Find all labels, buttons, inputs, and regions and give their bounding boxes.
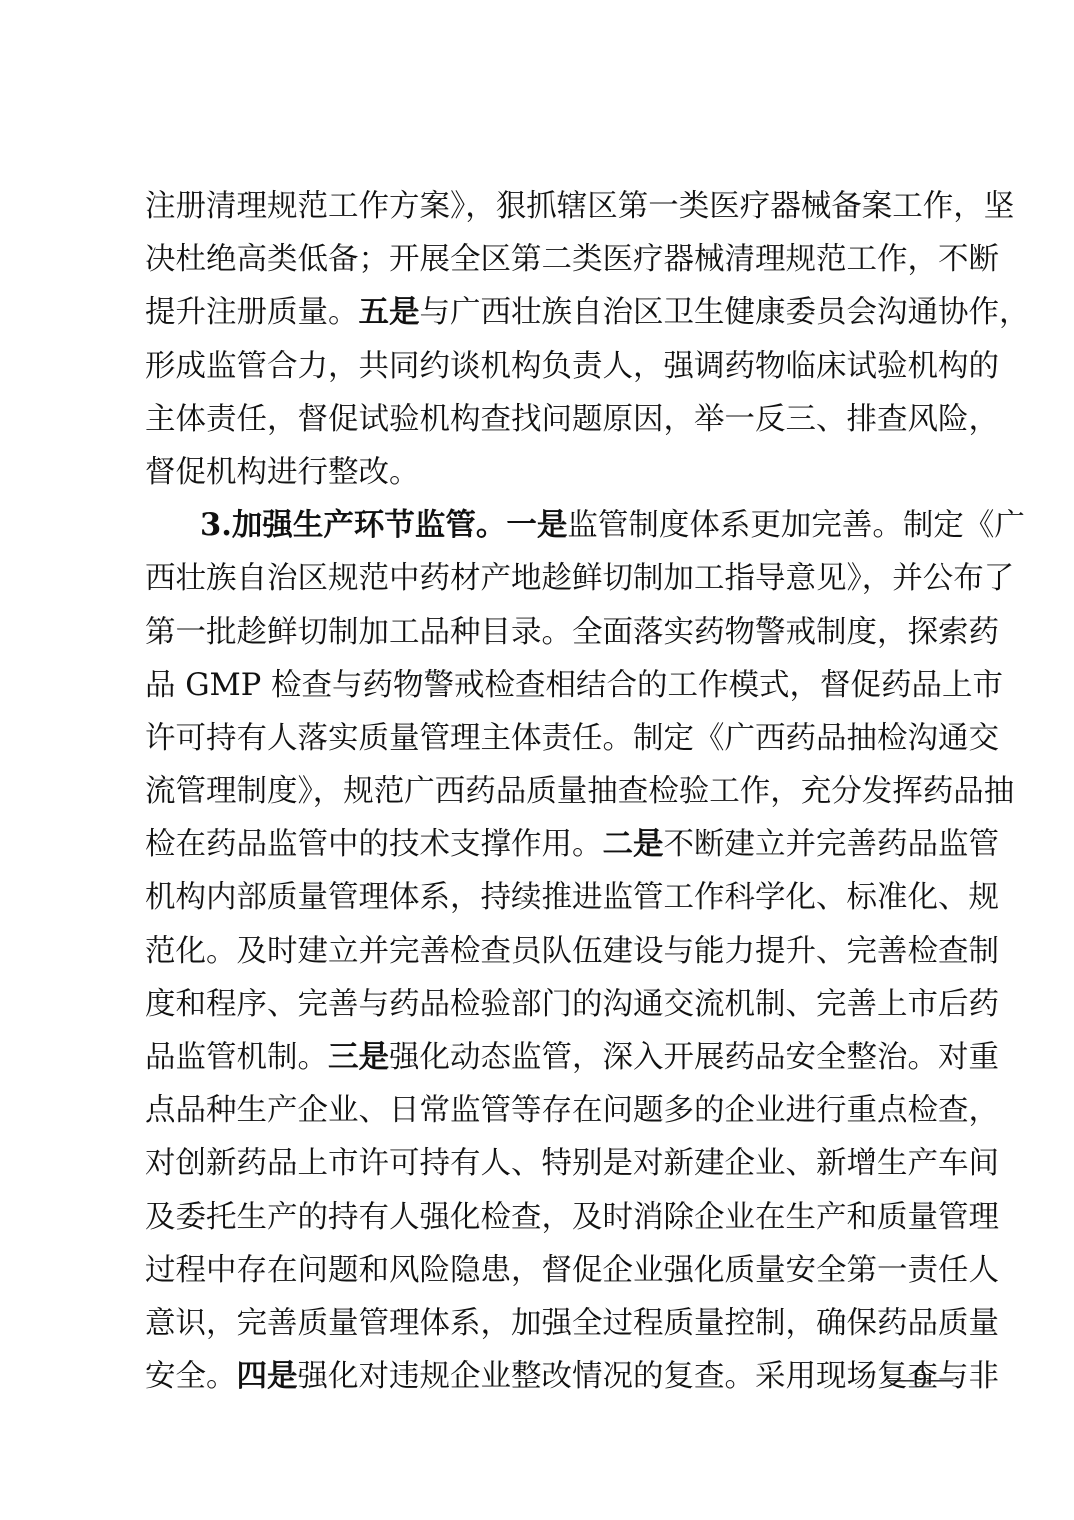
- text-segment: 与广西壮族自治区卫生健康委员会沟通协作，: [420, 295, 1030, 330]
- text-line: 机构内部质量管理体系，持续推进监管工作科学化、标准化、规: [145, 871, 945, 924]
- text-segment: 强化动态监管，深入开展药品安全整治。对重: [389, 1040, 999, 1075]
- text-line: 品监管机制。三是强化动态监管，深入开展药品安全整治。对重: [145, 1031, 945, 1084]
- text-line: 度和程序、完善与药品检验部门的沟通交流机制、完善上市后药: [145, 978, 945, 1031]
- text-line: 许可持有人落实质量管理主体责任。制定《广西药品抽检沟通交: [145, 712, 945, 765]
- bold-text-segment: 二是: [603, 826, 664, 862]
- text-segment: 流管理制度》，规范广西药品质量抽查检验工作，充分发挥药品抽: [145, 774, 1014, 809]
- text-segment: 安全。: [145, 1359, 237, 1394]
- text-segment: 督促机构进行整改。: [145, 455, 420, 490]
- text-line: 注册清理规范工作方案》，狠抓辖区第一类医疗器械备案工作，坚: [145, 180, 945, 233]
- text-segment: 机构内部质量管理体系，持续推进监管工作科学化、标准化、规: [145, 880, 999, 915]
- text-segment: 第一批趁鲜切制加工品种目录。全面落实药物警戒制度，探索药: [145, 615, 999, 650]
- body-text: 注册清理规范工作方案》，狠抓辖区第一类医疗器械备案工作，坚决杜绝高类低备；开展全…: [145, 180, 945, 1403]
- page-number: —9—: [888, 1364, 953, 1394]
- text-segment: 品监管机制。: [145, 1040, 328, 1075]
- text-line: 第一批趁鲜切制加工品种目录。全面落实药物警戒制度，探索药: [145, 606, 945, 659]
- text-segment: 许可持有人落实质量管理主体责任。制定《广西药品抽检沟通交: [145, 721, 999, 756]
- text-line: 西壮族自治区规范中药材产地趁鲜切制加工指导意见》，并公布了: [145, 552, 945, 605]
- text-segment: 监管制度体系更加完善。制定《广: [567, 508, 1025, 543]
- text-segment: 提升注册质量。: [145, 295, 359, 330]
- text-line: 主体责任，督促试验机构查找问题原因，举一反三、排查风险，: [145, 393, 945, 446]
- document-page: 注册清理规范工作方案》，狠抓辖区第一类医疗器械备案工作，坚决杜绝高类低备；开展全…: [0, 0, 1074, 1520]
- bold-text-segment: 3.加强生产环节监管。: [200, 507, 506, 543]
- text-segment: 检在药品监管中的技术支撑作用。: [145, 827, 603, 862]
- text-line: 对创新药品上市许可持有人、特别是对新建企业、新增生产车间: [145, 1137, 945, 1190]
- text-segment: 西壮族自治区规范中药材产地趁鲜切制加工指导意见》，并公布了: [145, 561, 1014, 596]
- text-line: 品 GMP 检查与药物警戒检查相结合的工作模式，督促药品上市: [145, 659, 945, 712]
- text-line: 意识，完善质量管理体系，加强全过程质量控制，确保药品质量: [145, 1297, 945, 1350]
- text-segment: 不断建立并完善药品监管: [664, 827, 1000, 862]
- text-segment: 范化。及时建立并完善检查员队伍建设与能力提升、完善检查制: [145, 934, 999, 969]
- bold-text-segment: 一是: [506, 507, 567, 543]
- text-line: 及委托生产的持有人强化检查，及时消除企业在生产和质量管理: [145, 1191, 945, 1244]
- text-line: 3.加强生产环节监管。一是监管制度体系更加完善。制定《广: [145, 499, 945, 552]
- text-line: 检在药品监管中的技术支撑作用。二是不断建立并完善药品监管: [145, 818, 945, 871]
- text-line: 安全。四是强化对违规企业整改情况的复查。采用现场复查与非: [145, 1350, 945, 1403]
- text-line: 形成监管合力，共同约谈机构负责人，强调药物临床试验机构的: [145, 340, 945, 393]
- bold-text-segment: 四是: [237, 1358, 298, 1394]
- text-segment: 形成监管合力，共同约谈机构负责人，强调药物临床试验机构的: [145, 349, 999, 384]
- text-line: 提升注册质量。五是与广西壮族自治区卫生健康委员会沟通协作，: [145, 286, 945, 339]
- text-segment: 点品种生产企业、日常监管等存在问题多的企业进行重点检查，: [145, 1093, 999, 1128]
- text-segment: 品 GMP 检查与药物警戒检查相结合的工作模式，督促药品上市: [145, 668, 1003, 703]
- bold-text-segment: 三是: [328, 1039, 389, 1075]
- text-line: 流管理制度》，规范广西药品质量抽查检验工作，充分发挥药品抽: [145, 765, 945, 818]
- text-segment: 主体责任，督促试验机构查找问题原因，举一反三、排查风险，: [145, 402, 999, 437]
- text-segment: 过程中存在问题和风险隐患，督促企业强化质量安全第一责任人: [145, 1253, 999, 1288]
- text-segment: 决杜绝高类低备；开展全区第二类医疗器械清理规范工作，不断: [145, 242, 999, 277]
- bold-text-segment: 五是: [359, 294, 420, 330]
- text-line: 范化。及时建立并完善检查员队伍建设与能力提升、完善检查制: [145, 925, 945, 978]
- text-line: 点品种生产企业、日常监管等存在问题多的企业进行重点检查，: [145, 1084, 945, 1137]
- text-line: 督促机构进行整改。: [145, 446, 945, 499]
- text-line: 过程中存在问题和风险隐患，督促企业强化质量安全第一责任人: [145, 1244, 945, 1297]
- text-segment: 对创新药品上市许可持有人、特别是对新建企业、新增生产车间: [145, 1146, 999, 1181]
- text-segment: 注册清理规范工作方案》，狠抓辖区第一类医疗器械备案工作，坚: [145, 189, 1014, 224]
- text-line: 决杜绝高类低备；开展全区第二类医疗器械清理规范工作，不断: [145, 233, 945, 286]
- text-segment: 意识，完善质量管理体系，加强全过程质量控制，确保药品质量: [145, 1306, 999, 1341]
- text-segment: 及委托生产的持有人强化检查，及时消除企业在生产和质量管理: [145, 1200, 999, 1235]
- text-segment: 度和程序、完善与药品检验部门的沟通交流机制、完善上市后药: [145, 987, 999, 1022]
